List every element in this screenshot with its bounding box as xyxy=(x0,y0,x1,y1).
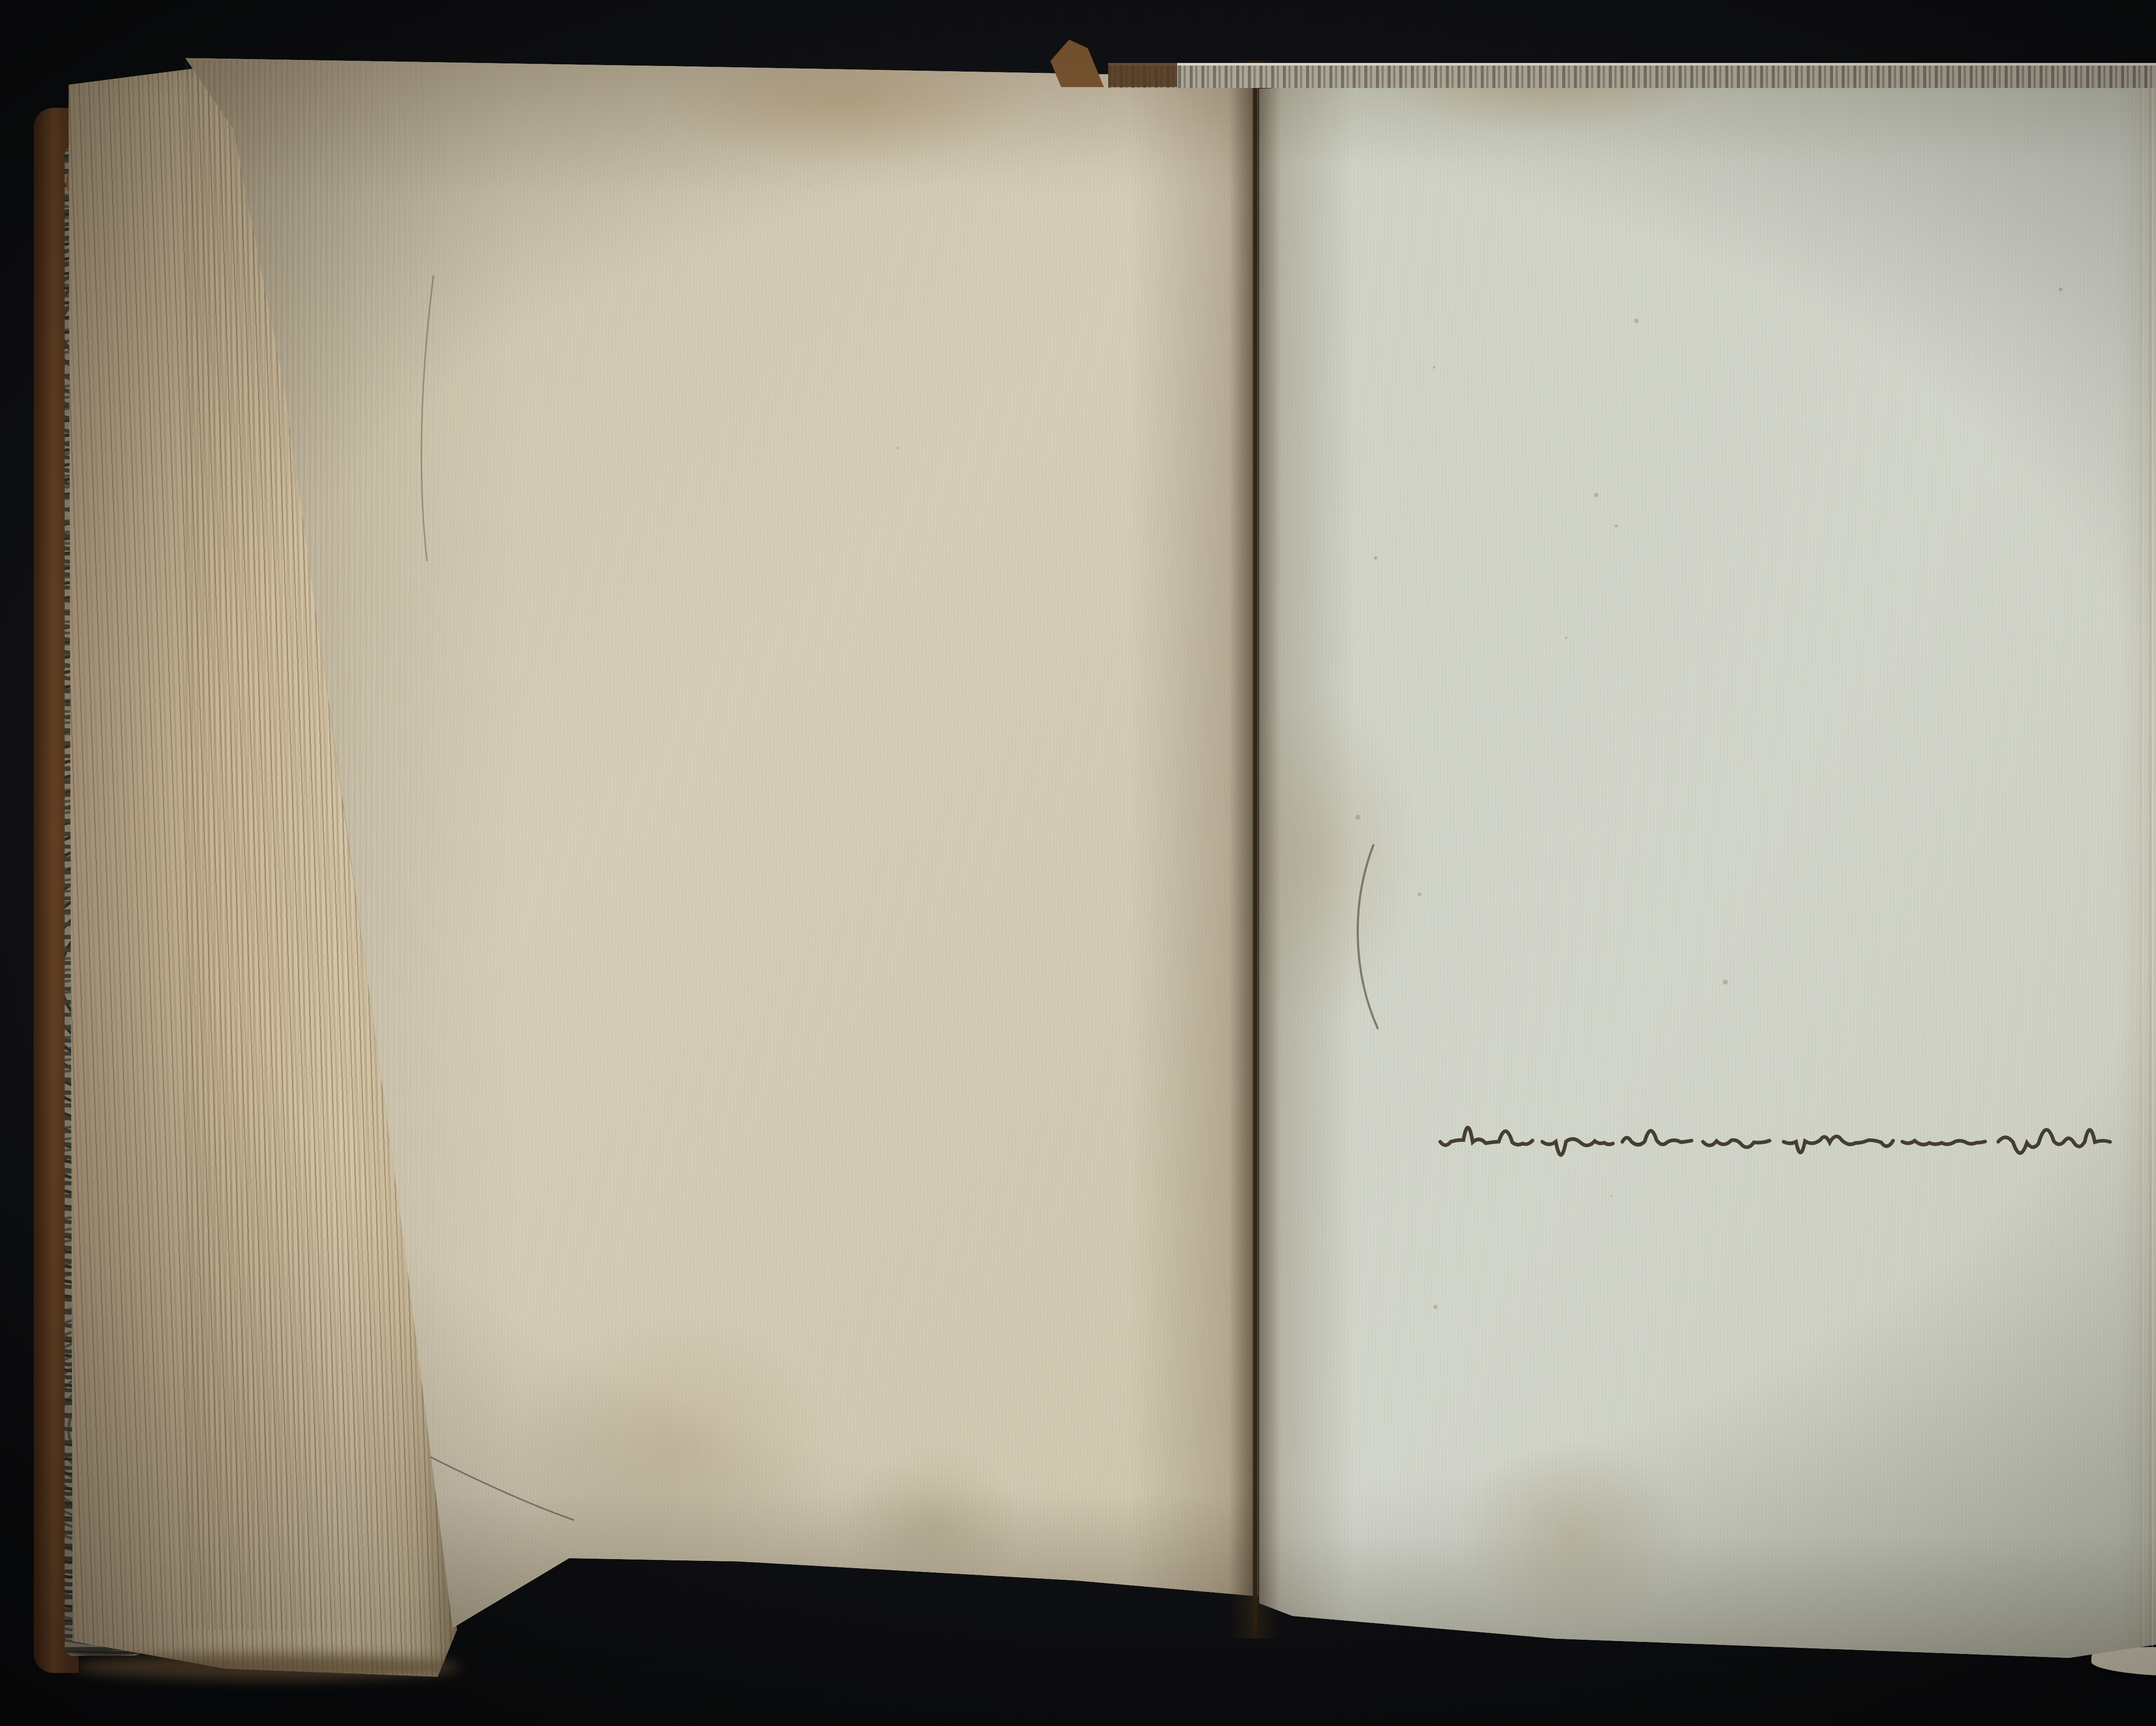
stack-bottom-shading xyxy=(73,1654,461,1680)
spine-leather-tab xyxy=(1050,40,1104,87)
right-page-edge-pleats xyxy=(2130,69,2156,1647)
top-spine-remnant xyxy=(1108,63,1177,87)
right-page xyxy=(1259,52,2156,1664)
photo-open-manuscript-book xyxy=(0,0,2156,1726)
left-page-curvature-shading xyxy=(185,60,461,1630)
top-page-edges-band xyxy=(1108,63,2156,88)
gutter-fold-line xyxy=(1253,65,1257,1626)
